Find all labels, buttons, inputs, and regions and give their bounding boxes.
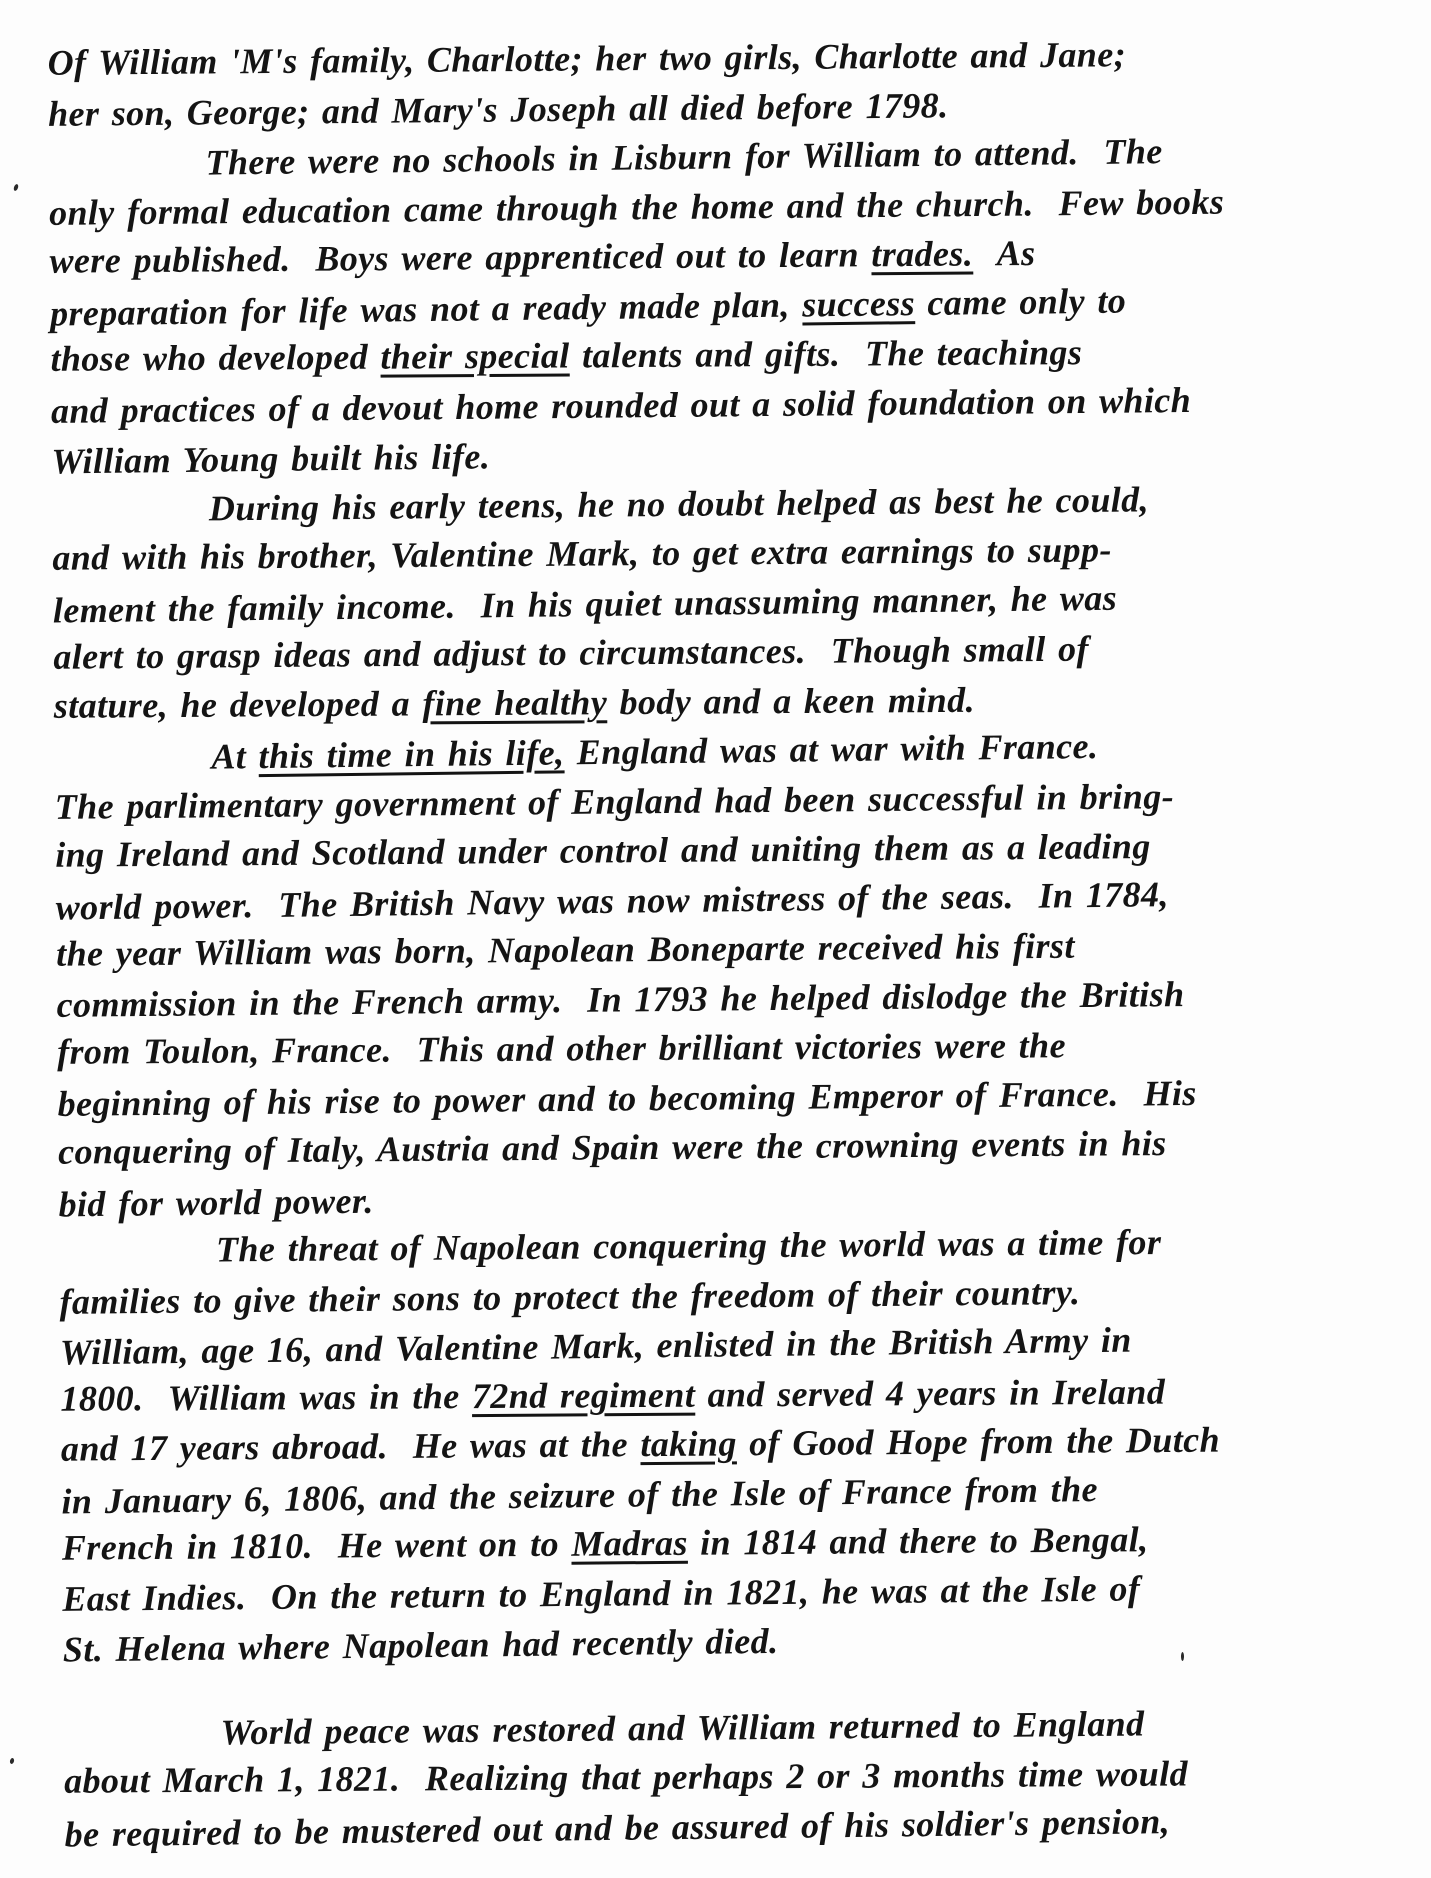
- text-segment: The threat of Napolean conquering the wo…: [216, 1222, 1162, 1269]
- text-segment: 1800. William was in the: [60, 1376, 472, 1419]
- text-segment: and with his brother, Valentine Mark, to…: [52, 529, 1112, 577]
- text-segment: England was at war with France.: [564, 726, 1098, 772]
- text-segment: Of William 'M's family, Charlotte; her t…: [47, 34, 1126, 82]
- underlined-text: Madras: [571, 1523, 688, 1564]
- text-segment: and served 4 years in Ireland: [695, 1371, 1165, 1414]
- text-segment: her son, George; and Mary's Joseph all d…: [48, 85, 949, 134]
- text-segment: French in 1810. He went on to: [62, 1524, 572, 1568]
- text-segment: commission in the French army. In 1793 h…: [56, 974, 1184, 1025]
- underlined-text: trades.: [871, 233, 973, 274]
- text-segment: ing Ireland and Scotland under control a…: [55, 826, 1151, 875]
- text-segment: During his early teens, he no doubt help…: [209, 479, 1149, 528]
- text-segment: The parlimentary government of England h…: [55, 776, 1175, 827]
- text-segment: were published. Boys were apprenticed ou…: [49, 234, 871, 280]
- text-segment: from Toulon, France. This and other bril…: [57, 1025, 1066, 1072]
- handwritten-text-block: Of William 'M's family, Charlotte; her t…: [0, 27, 1431, 1859]
- text-segment: William, age 16, and Valentine Mark, enl…: [60, 1320, 1132, 1373]
- text-segment: There were no schools in Lisburn for Wil…: [205, 131, 1163, 183]
- text-segment: beginning of his rise to power and to be…: [57, 1072, 1196, 1123]
- text-segment: of Good Hope from the Dutch: [737, 1420, 1221, 1464]
- text-segment: alert to grasp ideas and adjust to circu…: [53, 629, 1089, 677]
- text-segment: in 1814 and there to Bengal,: [688, 1519, 1149, 1563]
- text-segment: William Young built his life.: [51, 436, 490, 481]
- underlined-text: taking: [640, 1423, 737, 1464]
- text-segment: As: [973, 233, 1036, 273]
- text-segment: conquering of Italy, Austria and Spain w…: [58, 1123, 1167, 1172]
- text-segment: about March 1, 1821. Realizing that perh…: [64, 1753, 1188, 1800]
- text-line: those who developed their special talent…: [2, 326, 1431, 385]
- text-segment: families to give their sons to protect t…: [59, 1272, 1080, 1322]
- text-segment: talents and gifts. The teachings: [570, 332, 1083, 375]
- underlined-text: their special: [380, 335, 569, 376]
- text-segment: the year William was born, Napolean Bone…: [56, 926, 1075, 974]
- text-segment: be required to be mustered out and be as…: [64, 1801, 1170, 1854]
- underlined-text: fine healthy: [422, 682, 607, 723]
- text-segment: World peace was restored and William ret…: [220, 1703, 1144, 1752]
- underlined-text: 72nd regiment: [472, 1374, 695, 1415]
- text-segment: in January 6, 1806, and the seizure of t…: [61, 1469, 1098, 1521]
- text-segment: and 17 years abroad. He was at the: [61, 1424, 641, 1469]
- text-segment: East Indies. On the return to England in…: [62, 1568, 1140, 1618]
- text-segment: St. Helena where Napolean had recently d…: [63, 1621, 779, 1670]
- underlined-text: this time in his life,: [258, 732, 564, 776]
- scan-speck-artifact: [9, 1758, 14, 1765]
- text-segment: came only to: [915, 280, 1127, 323]
- text-segment: stature, he developed a: [54, 683, 423, 725]
- text-segment: bid for world power.: [58, 1180, 374, 1224]
- scanned-document: { "page": { "paper_color": "#fdfdfd", "i…: [0, 0, 1431, 1878]
- text-segment: and practices of a devout home rounded o…: [51, 379, 1191, 430]
- underlined-text: success: [802, 283, 915, 324]
- text-segment: At: [211, 736, 259, 777]
- text-segment: preparation for life was not a ready mad…: [50, 284, 803, 333]
- text-segment: world power. The British Navy was now mi…: [56, 874, 1170, 927]
- text-line: from Toulon, France. This and other bril…: [9, 1019, 1431, 1078]
- manuscript-page: Of William 'M's family, Charlotte; her t…: [0, 0, 1431, 1878]
- text-segment: only formal education came through the h…: [49, 181, 1224, 232]
- text-segment: those who developed: [50, 337, 380, 379]
- text-segment: body and a keen mind.: [607, 679, 975, 721]
- text-segment: lement the family income. In his quiet u…: [53, 577, 1118, 630]
- scan-speck-artifact: [1181, 1652, 1184, 1661]
